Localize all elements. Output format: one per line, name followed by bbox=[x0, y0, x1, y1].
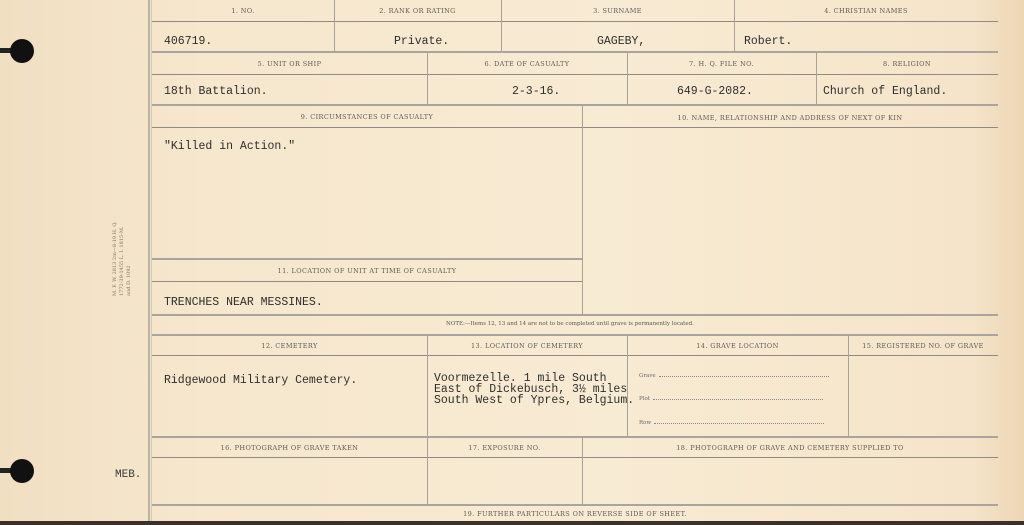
date-of-casualty-value: 2-3-16. bbox=[512, 85, 560, 98]
field-label-grave-location: 14. GRAVE LOCATION bbox=[627, 342, 848, 350]
rank-value: Private. bbox=[394, 35, 449, 48]
margin-rule bbox=[148, 0, 150, 521]
field-label-date: 6. DATE OF CASUALTY bbox=[427, 60, 627, 68]
field-label-next-of-kin: 10. NAME, RELATIONSHIP AND ADDRESS OF NE… bbox=[582, 114, 998, 122]
rule bbox=[152, 21, 998, 22]
field-label-hq-file: 7. H. Q. FILE NO. bbox=[627, 60, 816, 68]
location-of-unit-value: TRENCHES NEAR MESSINES. bbox=[164, 296, 323, 309]
divider bbox=[848, 336, 849, 436]
rule bbox=[152, 104, 998, 106]
hq-file-value: 649-G-2082. bbox=[677, 85, 753, 98]
circumstances-value: "Killed in Action." bbox=[164, 140, 295, 153]
divider bbox=[582, 106, 583, 314]
plot-blank bbox=[653, 399, 823, 400]
field-label-surname: 3. SURNAME bbox=[501, 7, 734, 15]
service-number: 406719. bbox=[164, 35, 212, 48]
field-label-christian-names: 4. CHRISTIAN NAMES bbox=[734, 7, 998, 15]
grave-field: Grave bbox=[639, 373, 839, 379]
margin-rule-inner bbox=[151, 0, 152, 521]
field-label-cemetery: 12. CEMETERY bbox=[152, 342, 427, 350]
plot-field: Plot bbox=[639, 396, 839, 402]
row-label: Row bbox=[639, 420, 651, 426]
field-label-photo-taken: 16. PHOTOGRAPH OF GRAVE TAKEN bbox=[152, 444, 427, 452]
rule bbox=[152, 457, 998, 458]
row-field: Row bbox=[639, 420, 839, 426]
binder-hole-top bbox=[10, 39, 34, 63]
field-label-location-of-unit: 11. LOCATION OF UNIT AT TIME OF CASUALTY bbox=[152, 267, 582, 275]
row-blank bbox=[654, 423, 824, 424]
binder-hole-bottom bbox=[10, 459, 34, 483]
field-label-no: 1. NO. bbox=[152, 7, 334, 15]
rule bbox=[152, 51, 998, 53]
clerk-initials: MEB. bbox=[115, 469, 141, 481]
field-label-unit: 5. UNIT OR SHIP bbox=[152, 60, 427, 68]
field-label-photo-supplied: 18. PHOTOGRAPH OF GRAVE AND CEMETERY SUP… bbox=[582, 444, 998, 452]
rule bbox=[152, 355, 998, 356]
field-label-further-particulars: 19. FURTHER PARTICULARS ON REVERSE SIDE … bbox=[152, 510, 998, 518]
field-label-circumstances: 9. CIRCUMSTANCES OF CASUALTY bbox=[152, 113, 582, 121]
record-card: M. F. W. 2813 2m—8-19 H. Q. 1772-39-1455… bbox=[0, 0, 1024, 525]
surname-value: GAGEBY, bbox=[597, 35, 645, 48]
field-label-registered-no: 15. REGISTERED NO. OF GRAVE bbox=[848, 342, 998, 350]
rule bbox=[152, 281, 582, 282]
rule bbox=[152, 334, 998, 336]
rule bbox=[152, 127, 998, 128]
divider bbox=[427, 336, 428, 436]
rule bbox=[152, 314, 998, 316]
field-label-location-of-cemetery: 13. LOCATION OF CEMETERY bbox=[427, 342, 627, 350]
plot-label: Plot bbox=[639, 396, 650, 402]
field-label-rank: 2. RANK OR RATING bbox=[334, 7, 501, 15]
rule bbox=[152, 436, 998, 438]
completion-note: NOTE:—Items 12, 13 and 14 are not to be … bbox=[446, 321, 694, 327]
christian-names-value: Robert. bbox=[744, 35, 792, 48]
rule bbox=[152, 504, 998, 506]
rule bbox=[152, 74, 998, 75]
grave-label: Grave bbox=[639, 373, 656, 379]
location-of-cemetery-value: Voormezelle. 1 mile South East of Dickeb… bbox=[434, 373, 634, 406]
field-label-exposure-no: 17. EXPOSURE NO. bbox=[427, 444, 582, 452]
scan-edge bbox=[0, 521, 1024, 525]
field-label-religion: 8. RELIGION bbox=[816, 60, 998, 68]
unit-value: 18th Battalion. bbox=[164, 85, 268, 98]
religion-value: Church of England. bbox=[823, 85, 947, 98]
rule bbox=[152, 258, 582, 260]
grave-blank bbox=[659, 376, 829, 377]
cemetery-value: Ridgewood Military Cemetery. bbox=[164, 374, 357, 387]
printer-imprint: M. F. W. 2813 2m—8-19 H. Q. 1772-39-1455… bbox=[112, 216, 148, 296]
